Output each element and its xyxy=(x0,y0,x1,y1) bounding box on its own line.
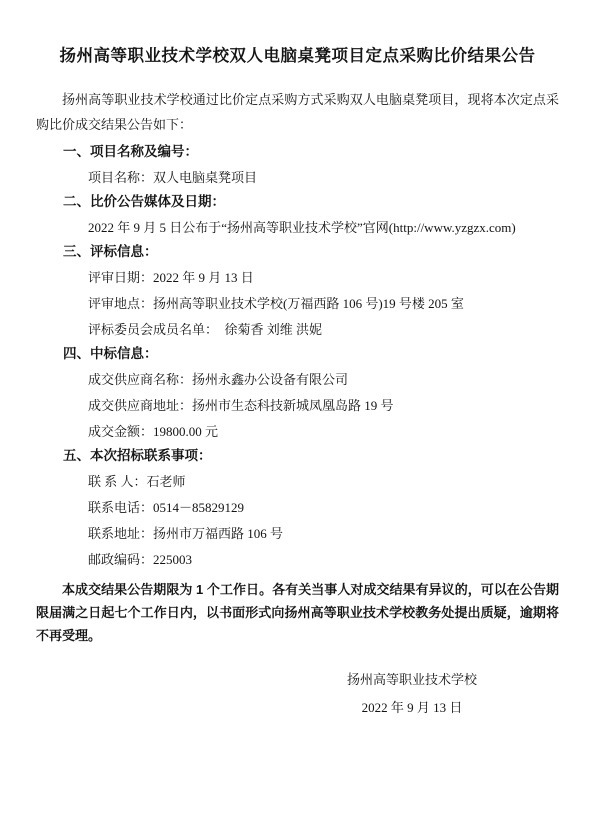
section-project-name: 一、项目名称及编号： 项目名称：双人电脑桌凳项目 xyxy=(36,143,559,187)
section-heading-award-info: 四、中标信息： xyxy=(63,345,559,363)
closing-paragraph: 本成交结果公告期限为 1 个工作日。各有关当事人对成交结果有异议的，可以在公告期… xyxy=(36,578,559,647)
document-page: 扬州高等职业技术学校双人电脑桌凳项目定点采购比价结果公告 扬州高等职业技术学校通… xyxy=(0,0,595,826)
contact-address-line: 联系地址：扬州市万福西路 106 号 xyxy=(88,525,559,543)
section-announcement-media: 二、比价公告媒体及日期： 2022 年 9 月 5 日公布于“扬州高等职业技术学… xyxy=(36,193,559,237)
page-title: 扬州高等职业技术学校双人电脑桌凳项目定点采购比价结果公告 xyxy=(36,45,559,67)
deal-amount-line: 成交金额：19800.00 元 xyxy=(88,423,559,441)
contact-person-line: 联 系 人：石老师 xyxy=(88,473,559,491)
section-contact-info: 五、本次招标联系事项： 联 系 人：石老师 联系电话：0514－85829129… xyxy=(36,447,559,569)
signature-date: 2022 年 9 月 13 日 xyxy=(347,699,477,717)
section-heading-contact-info: 五、本次招标联系事项： xyxy=(63,447,559,465)
postal-code-line: 邮政编码：225003 xyxy=(88,551,559,569)
contact-phone-line: 联系电话：0514－85829129 xyxy=(88,499,559,517)
supplier-name-line: 成交供应商名称：扬州永鑫办公设备有限公司 xyxy=(88,371,559,389)
review-location-line: 评审地点：扬州高等职业技术学校(万福西路 106 号)19 号楼 205 室 xyxy=(88,295,559,313)
signature-block: 扬州高等职业技术学校 2022 年 9 月 13 日 xyxy=(347,671,477,717)
intro-paragraph: 扬州高等职业技术学校通过比价定点采购方式采购双人电脑桌凳项目，现将本次定点采购比… xyxy=(36,87,559,137)
signature-organization: 扬州高等职业技术学校 xyxy=(347,671,477,689)
section-heading-announcement-media: 二、比价公告媒体及日期： xyxy=(63,193,559,211)
section-evaluation-info: 三、评标信息： 评审日期：2022 年 9 月 13 日 评审地点：扬州高等职业… xyxy=(36,243,559,339)
section-heading-project-name: 一、项目名称及编号： xyxy=(63,143,559,161)
project-name-line: 项目名称：双人电脑桌凳项目 xyxy=(88,169,559,187)
supplier-address-line: 成交供应商地址：扬州市生态科技新城凤凰岛路 19 号 xyxy=(88,397,559,415)
section-heading-evaluation-info: 三、评标信息： xyxy=(63,243,559,261)
review-date-line: 评审日期：2022 年 9 月 13 日 xyxy=(88,269,559,287)
section-award-info: 四、中标信息： 成交供应商名称：扬州永鑫办公设备有限公司 成交供应商地址：扬州市… xyxy=(36,345,559,441)
committee-members-line: 评标委员会成员名单： 徐菊香 刘维 洪妮 xyxy=(88,321,559,339)
announcement-media-line: 2022 年 9 月 5 日公布于“扬州高等职业技术学校”官网(http://w… xyxy=(88,219,559,237)
